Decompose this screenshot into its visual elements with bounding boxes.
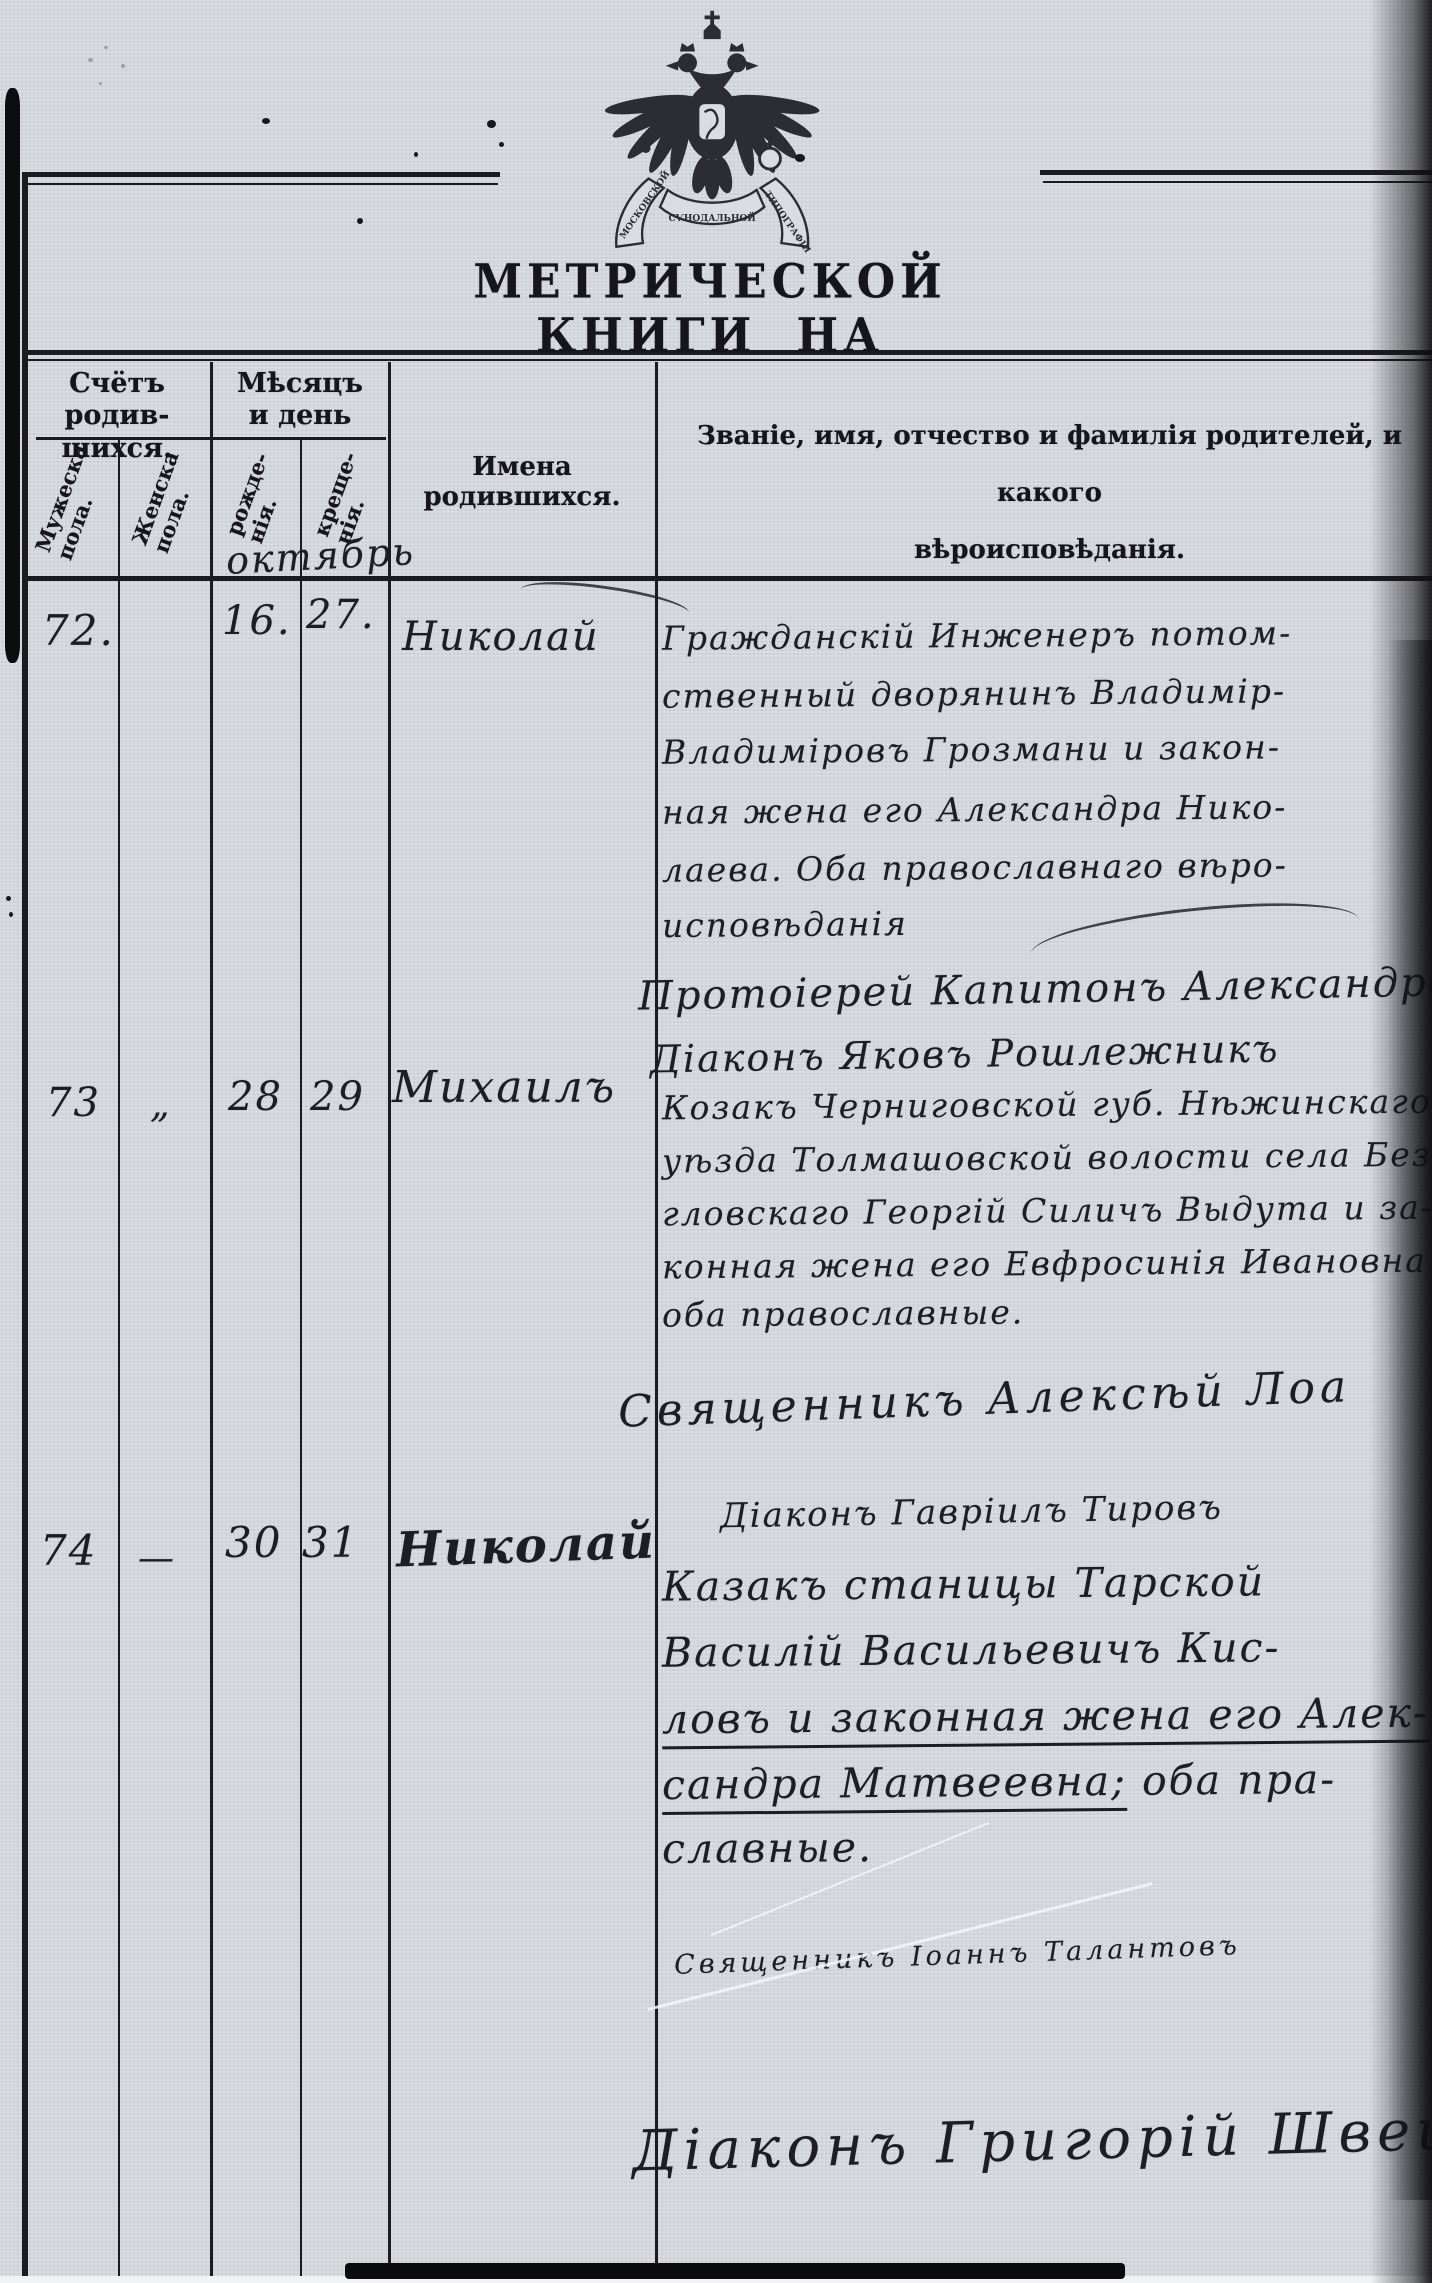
scan-edge-artifact bbox=[5, 88, 20, 663]
record-73-female-ditto: „ bbox=[150, 1082, 172, 1126]
scan-gutter-shadow-deep bbox=[1388, 640, 1432, 2200]
scan-bottom-edge-artifact bbox=[345, 2263, 1125, 2279]
ink-speck bbox=[6, 896, 11, 901]
column-divider-birth-baptism bbox=[300, 437, 302, 2283]
record-74-name: Николай bbox=[395, 1513, 657, 1578]
ink-speck bbox=[9, 912, 13, 917]
header-birth-day: рожде- нія. bbox=[222, 450, 295, 547]
ink-speck bbox=[795, 154, 805, 162]
imperial-double-headed-eagle-icon: МОСКОВСКОЙ СѴНОДАЛЬНОЙ ТИПОГРАФІИ bbox=[550, 6, 880, 262]
record-74-parents-line: славные. bbox=[662, 1823, 873, 1873]
record-73-parents-line: уѣзда Толмашовской волости села Безу- bbox=[662, 1134, 1432, 1180]
record-74-female-ditto: — bbox=[138, 1538, 176, 1579]
record-73-parents-line: гловскаго Георгій Силичъ Выдута и за- bbox=[662, 1188, 1432, 1234]
record-72-clergy-signature: Протоіерей Капитонъ Александровъ bbox=[638, 958, 1432, 1019]
header-count-group: Счётъ родив- шихся. bbox=[26, 368, 208, 465]
record-74-clergy-line: Діаконъ Гавріилъ Тировъ bbox=[720, 1488, 1224, 1537]
underlined-text: ловъ и законная жена его Алек- bbox=[662, 1689, 1429, 1750]
column-divider-male-female bbox=[118, 437, 120, 2283]
metrical-book-scan-page: МОСКОВСКОЙ СѴНОДАЛЬНОЙ ТИПОГРАФІИ МЕТРИЧ… bbox=[0, 0, 1432, 2283]
record-72-parents-line: Владиміровъ Грозмани и закон- bbox=[662, 727, 1281, 771]
column-divider-month-names bbox=[388, 362, 391, 2283]
record-72-parents-line: Гражданскій Инженеръ потом- bbox=[662, 613, 1293, 657]
ink-speck bbox=[499, 142, 504, 147]
record-72-parents-line: лаева. Оба православнаго вѣро- bbox=[662, 845, 1288, 889]
header-month-group: Мѣсяцъ и день bbox=[214, 368, 386, 433]
ink-speck bbox=[487, 120, 496, 128]
record-73-baptized-day: 29 bbox=[310, 1074, 365, 1120]
column-divider-count-month bbox=[210, 362, 213, 2283]
record-73-parents-line: оба православные. bbox=[662, 1292, 1025, 1334]
ink-speck bbox=[357, 218, 363, 224]
record-72-parents-line: исповѣданія bbox=[662, 904, 908, 945]
record-74-parents-line: Казакъ станицы Тарской bbox=[662, 1557, 1266, 1610]
record-74-parents-line: ловъ и законная жена его Алек- bbox=[662, 1689, 1429, 1744]
record-72-parents-line: ственный дворянинъ Владимір- bbox=[662, 671, 1286, 715]
header-parents: Званіе, имя, отчество и фамилія родителе… bbox=[662, 408, 1432, 580]
record-73-born-day: 28 bbox=[228, 1074, 283, 1120]
underlined-text: сандра Матвеевна; bbox=[662, 1757, 1127, 1815]
record-72-number: 72. bbox=[42, 606, 115, 655]
pencil-mark bbox=[88, 58, 93, 62]
record-73-parents-line: Козакъ Черниговской губ. Нѣжинскаго bbox=[662, 1082, 1432, 1128]
pencil-mark bbox=[99, 82, 102, 85]
page-title: МЕТРИЧЕСКОЙ КНИГИ НА bbox=[360, 255, 1060, 363]
record-73-name: Михаилъ bbox=[392, 1062, 616, 1113]
record-73-priest-signature: Священникъ Алексѣй Лоа bbox=[617, 1361, 1352, 1438]
record-73-parents-line: конная жена его Евфросинія Ивановна bbox=[662, 1241, 1427, 1287]
record-72-name: Николай bbox=[402, 614, 600, 660]
pencil-mark bbox=[121, 64, 125, 68]
page-border-top-left bbox=[22, 172, 500, 177]
record-74-priest-signature: Священникъ Іоаннъ Талантовъ bbox=[674, 1930, 1242, 1981]
record-72-parents-line: ная жена его Александра Нико- bbox=[662, 787, 1288, 831]
ink-speck bbox=[262, 118, 270, 124]
pencil-mark bbox=[104, 46, 108, 49]
record-74-born-day: 30 bbox=[225, 1518, 282, 1567]
record-74-deacon-signature: Діаконъ Григорій Швецъ bbox=[631, 2097, 1432, 2185]
record-72-baptized-day: 27. bbox=[306, 592, 376, 638]
record-74-parents-line: Василій Васильевичъ Кис- bbox=[662, 1623, 1281, 1676]
header-names: Имена родившихся. bbox=[392, 452, 652, 512]
column-divider-names-parents bbox=[655, 362, 658, 2283]
plain-text: оба пра- bbox=[1127, 1755, 1337, 1805]
table-border-left bbox=[22, 172, 28, 2283]
record-72-clergy-signature: Діаконъ Яковъ Рошлежникъ bbox=[650, 1027, 1280, 1082]
ink-speck bbox=[414, 152, 418, 157]
record-74-number: 74 bbox=[40, 1526, 97, 1575]
page-border-top-left-thin bbox=[28, 183, 498, 185]
record-74-baptized-day: 31 bbox=[302, 1518, 359, 1567]
record-74-parents-line: сандра Матвеевна; оба пра- bbox=[662, 1755, 1337, 1809]
record-73-number: 73 bbox=[46, 1080, 101, 1126]
record-72-born-day: 16. bbox=[222, 598, 292, 644]
